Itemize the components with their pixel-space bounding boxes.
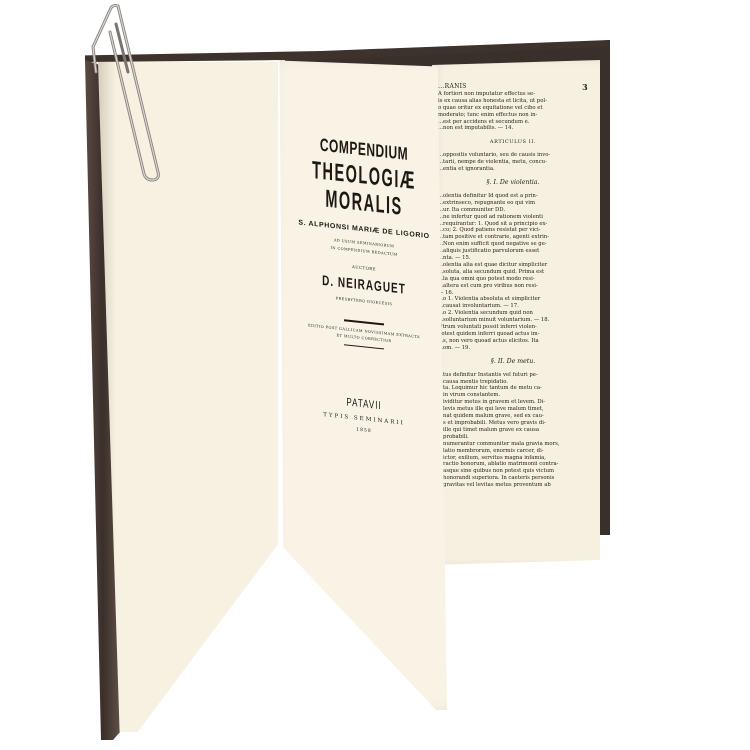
paragraph-4: ...tus definitur Instantis vel futuri pe… (438, 372, 588, 489)
paragraph-2: ...oppositis voluntario, seu de causis i… (438, 152, 588, 173)
text-page: ...RANIS 3 A fortiori non imputatur effe… (432, 60, 600, 565)
text-line: ...ne infertur quod ad rationem violenti (438, 214, 588, 221)
text-line: ...requirantur: 1. Quod sit a principio … (438, 221, 588, 228)
text-line: ...ictor, exilium, servitus magna infami… (438, 455, 588, 462)
text-line: ...solluntarium minuit voluntarium. — 18… (438, 317, 588, 324)
text-line: ...non est imputabilis. — 14. (438, 125, 588, 132)
text-line: ...entia et ignorantia. (438, 166, 588, 173)
paragraph-1: A fortiori non imputatur effectus se-is … (438, 91, 588, 132)
text-line: ...o 2. Violentia secundum quid non (438, 310, 588, 317)
divider-rule (344, 344, 384, 350)
text-line: o quae oritur ex equitatione vel cibo et (438, 105, 588, 112)
paper-clip-icon (88, 2, 168, 187)
text-line: ...levis metus ille qui leve malum timet… (438, 406, 588, 413)
text-line: ...aliquis justificatio parvulorum esset (438, 248, 588, 255)
text-line: ...extrinseco, repugnante eo qui vim (438, 200, 588, 207)
text-line: ...s et improbabili. Metus vero gravis d… (438, 420, 588, 427)
title-page-content: COMPENDIUM THEOLOGIÆ MORALIS S. ALPHONSI… (285, 130, 443, 442)
text-line: ...numerantur communiter mala gravia mor… (438, 441, 588, 448)
text-line: ...gravitas vel levitas metus proventum … (438, 482, 588, 489)
text-line: ...nta. — 15. (438, 255, 588, 262)
article-heading: ARTICULUS II. (438, 139, 588, 146)
text-line: ...ractio bonorum, ablatio matrimonii co… (438, 461, 588, 468)
text-line: ...nat quidem malum grave, sed ex cau- (438, 413, 588, 420)
book-photo: ...RANIS 3 A fortiori non imputatur effe… (0, 0, 750, 750)
divider-rule (344, 319, 384, 325)
text-line: ...s, non vero quoad actus elicitos. Ita (438, 338, 588, 345)
page-number: 3 (582, 84, 588, 91)
text-line: Potest quidem inferri quoad actus im- (438, 331, 588, 338)
section-heading-metu: §. II. De metu. (438, 359, 588, 366)
text-line: — 16. (438, 290, 588, 297)
text-line: ...altera est cum pro viribus non resi- (438, 283, 588, 290)
text-line: A fortiori non imputatur effectus se- (438, 91, 588, 98)
text-line: ...asque sine quibus non potest quis vic… (438, 468, 588, 475)
text-line: ...honorandi superiora. In caeteris pers… (438, 475, 588, 482)
text-line: ...Non enim sufficit quod negative se ge… (438, 241, 588, 248)
paragraph-3: ...olentia definitur Id quod est a prin-… (438, 193, 588, 352)
text-line: ...causa mentis trepidatio. (438, 379, 588, 386)
page-header: ...RANIS 3 (438, 84, 588, 91)
text-line: ...o 1. Violentia absoluta et simplicite… (438, 296, 588, 303)
text-line: ...ille qui timet malum grave ex causa (438, 427, 588, 434)
text-line: is ex causa alias honesta et licita, ut … (438, 98, 588, 105)
text-line: ...ur. Ita communiter DD. (438, 207, 588, 214)
running-head: ...RANIS (438, 84, 467, 91)
text-line: ...ividitur metus in gravem et levem. Di… (438, 399, 588, 406)
text-line: ...tam positive et contrarie, agenti ext… (438, 234, 588, 241)
text-line: ...ta. Loquimur hic tantum de metu ca- (438, 385, 588, 392)
text-line: ...tus definitur Instantis vel futuri pe… (438, 372, 588, 379)
text-line: ...in virum constantem. (438, 392, 588, 399)
text-line: ...olentia definitur Id quod est a prin- (438, 193, 588, 200)
text-line: ...olentia alia est quae dicitur simplic… (438, 262, 588, 269)
text-line: ...oppositis voluntario, seu de causis i… (438, 152, 588, 159)
title-page: COMPENDIUM THEOLOGIÆ MORALIS S. ALPHONSI… (265, 60, 447, 710)
text-page-content: ...RANIS 3 A fortiori non imputatur effe… (438, 84, 588, 494)
text-line: ...tarii, nempe de violentia, metu, conc… (438, 159, 588, 166)
text-line: ...causat involuntarium. — 17. (438, 303, 588, 310)
text-line: ...latio membrorum, enormis carcer, di- (438, 448, 588, 455)
text-line: ...la qua omni quo potest modo resi- (438, 276, 588, 283)
text-line: ...om. — 19. (438, 345, 588, 352)
text-line: ...est per accidens et secundum e. (438, 119, 588, 126)
section-heading-violentia: §. I. De violentia. (438, 180, 588, 187)
text-line: Utrum voluntati possit inferri violen- (438, 324, 588, 331)
text-line: moderato; tunc enim effectus non in- (438, 112, 588, 119)
text-line: ...probabili. (438, 434, 588, 441)
text-line: ...co; 2. Quod patiens resistat per vici… (438, 227, 588, 234)
text-line: ...soluta, alia secundum quid. Prima est (438, 269, 588, 276)
